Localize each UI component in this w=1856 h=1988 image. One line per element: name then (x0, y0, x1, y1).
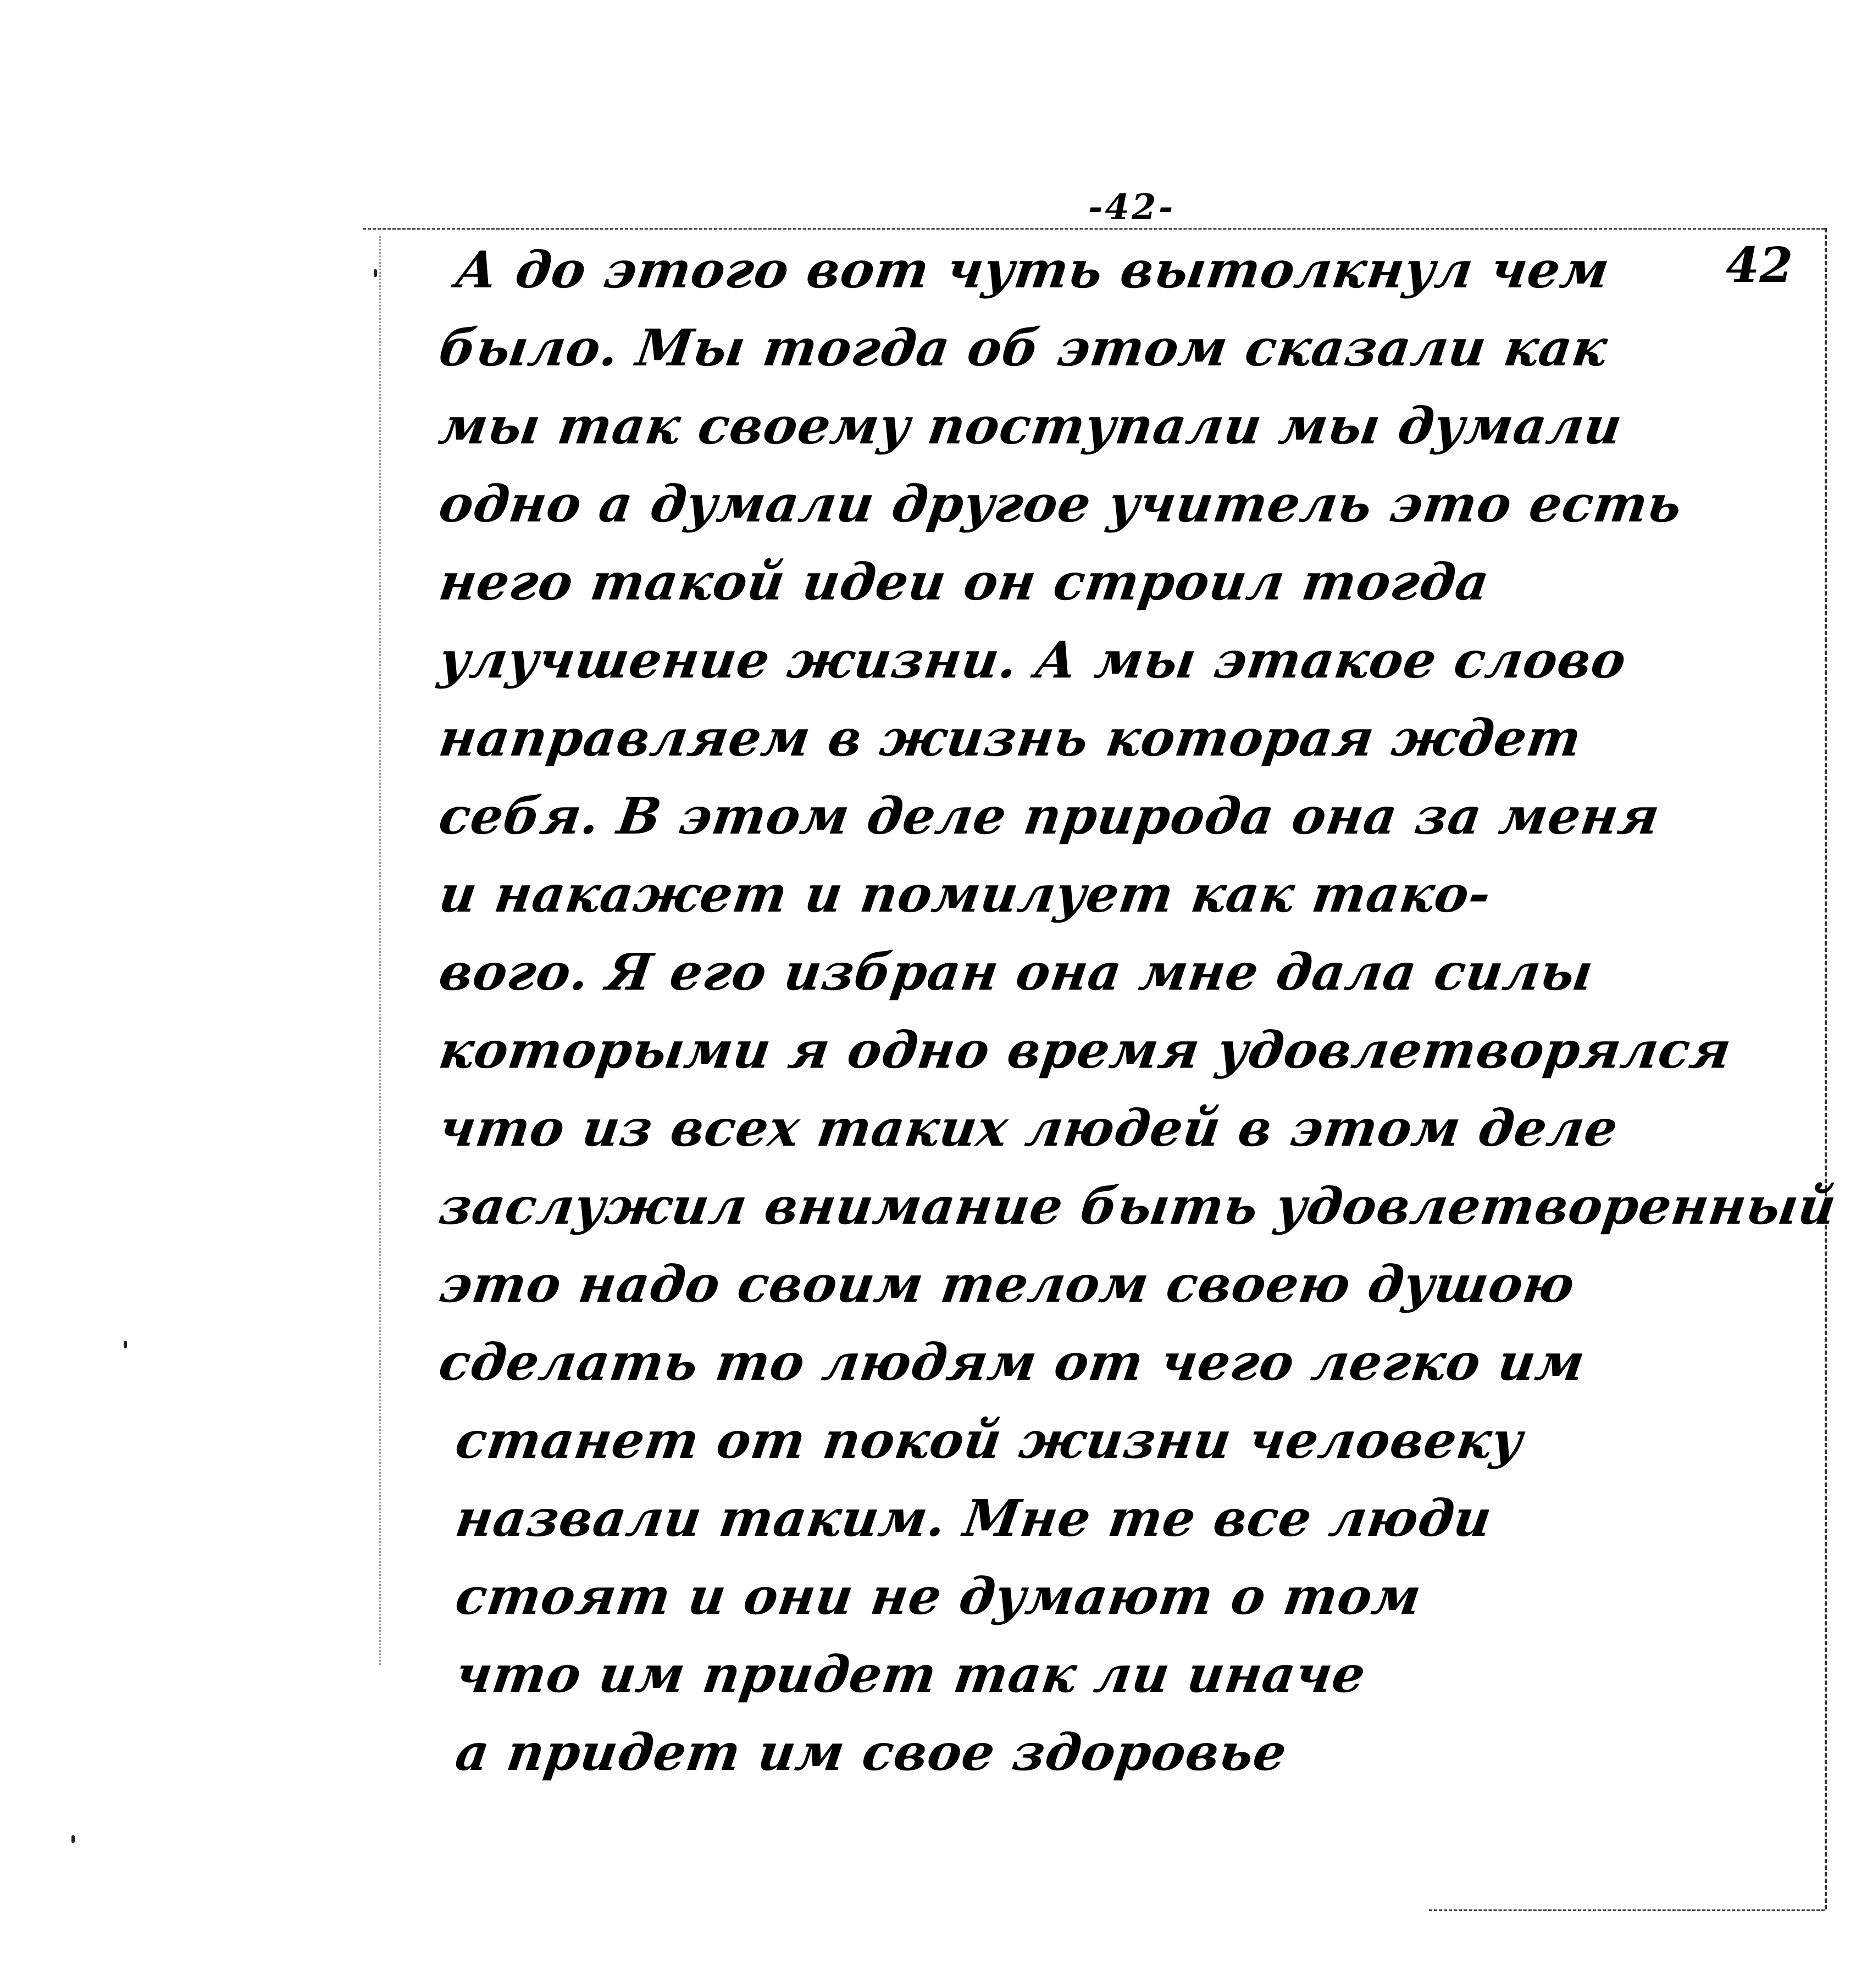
text-line: него такой идеи он строил тогда (418, 543, 1836, 621)
text-line: себя. В этом деле природа она за меня (418, 777, 1836, 855)
text-line: что из всех таких людей в этом деле (418, 1089, 1836, 1167)
text-line: и накажет и помилует как тако- (418, 855, 1836, 933)
text-line: одно а думали другое учитель это есть (418, 465, 1836, 543)
text-line: заслужил внимание быть удовлетворенный (418, 1167, 1836, 1245)
text-line: это надо своим телом своею душою (418, 1245, 1836, 1323)
text-line: А до этого вот чуть вытолкнул чем (418, 231, 1836, 309)
text-line: которыми я одно время удовлетворялся (418, 1011, 1836, 1089)
text-line: станет от покой жизни человеку (418, 1401, 1836, 1479)
text-line: вого. Я его избран она мне дала силы (418, 933, 1836, 1011)
scan-speck (124, 1341, 127, 1348)
text-line: назвали таким. Мне те все люди (418, 1479, 1836, 1557)
scan-speck (71, 1835, 75, 1843)
text-line: сделать то людям от чего легко им (418, 1323, 1836, 1401)
text-line: стоят и они не думают о том (418, 1557, 1836, 1635)
page-number-header: -42- (1088, 187, 1175, 228)
frame-border-left (379, 236, 381, 1665)
text-line: было. Мы тогда об этом сказали как (418, 309, 1836, 387)
text-line: направляем в жизнь которая ждет (418, 699, 1836, 777)
text-line: что им придет так ли иначе (418, 1635, 1836, 1713)
text-line: мы так своему поступали мы думали (418, 387, 1836, 465)
text-line: улучшение жизни. А мы этакое слово (418, 621, 1836, 699)
scan-speck (374, 269, 377, 277)
handwritten-text-body: А до этого вот чуть вытолкнул чем было. … (418, 231, 1825, 1791)
frame-border-bottom (1429, 1909, 1825, 1911)
text-line: а придет им свое здоровье (418, 1713, 1836, 1791)
handwritten-page: -42- 42 А до этого вот чуть вытолкнул че… (0, 0, 1856, 1988)
frame-border-top (363, 228, 1825, 230)
